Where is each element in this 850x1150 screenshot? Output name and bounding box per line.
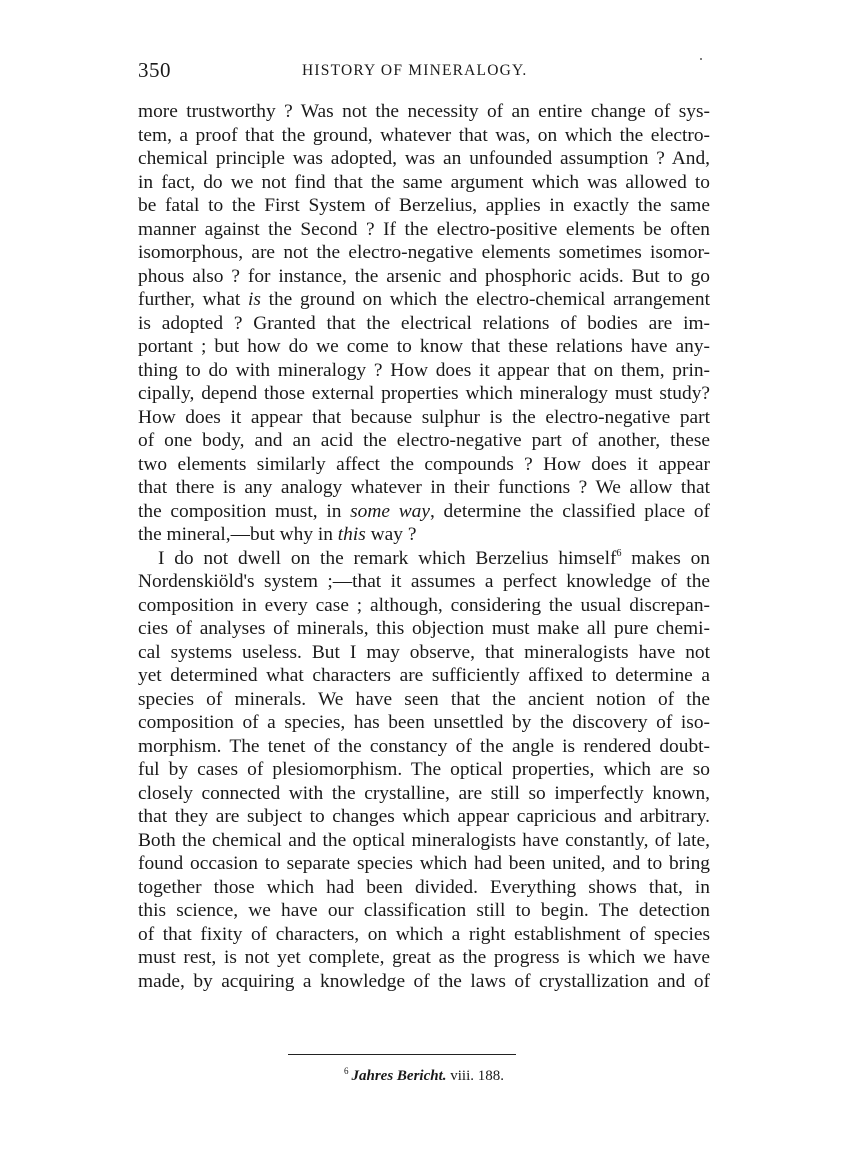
text-line: I do not dwell on the remark which Berze… (138, 547, 710, 571)
text-line: further, what is the ground on which the… (138, 288, 710, 312)
text-line: cies of analyses of minerals, this objec… (138, 617, 710, 641)
text-line: yet determined what characters are suffi… (138, 664, 710, 688)
text-line: that they are subject to changes which a… (138, 805, 710, 829)
footnote-reference-mark: 6 (617, 548, 622, 559)
text-line: cal systems useless. But I may observe, … (138, 641, 710, 665)
running-title: HISTORY OF MINERALOGY. (302, 62, 528, 80)
text-line: the mineral,—but why in this way ? (138, 523, 710, 547)
text-line: Nordenskiöld's system ;—that it assumes … (138, 570, 710, 594)
text-line: isomorphous, are not the electro-negativ… (138, 241, 710, 265)
text-line: be fatal to the First System of Berzeliu… (138, 194, 710, 218)
text-line: Both the chemical and the optical minera… (138, 829, 710, 853)
text-line: is adopted ? Granted that the electrical… (138, 312, 710, 336)
text-line: chemical principle was adopted, was an u… (138, 147, 710, 171)
footnote-rule (288, 1054, 516, 1055)
text-line: that there is any analogy whatever in th… (138, 476, 710, 500)
text-line: species of minerals. We have seen that t… (138, 688, 710, 712)
text-line: cipally, depend those external propertie… (138, 382, 710, 406)
text-line: portant ; but how do we come to know tha… (138, 335, 710, 359)
text-line: How does it appear that because sulphur … (138, 406, 710, 430)
text-line: of one body, and an acid the electro-neg… (138, 429, 710, 453)
text-line: phous also ? for instance, the arsenic a… (138, 265, 710, 289)
print-speck (700, 58, 702, 60)
text-line: together those which had been divided. E… (138, 876, 710, 900)
text-line: of that fixity of characters, on which a… (138, 923, 710, 947)
text-line: tem, a proof that the ground, whatever t… (138, 124, 710, 148)
text-line: ful by cases of plesiomorphism. The opti… (138, 758, 710, 782)
running-head: 350 HISTORY OF MINERALOGY. (138, 58, 710, 88)
italic-emphasis: this (338, 524, 366, 545)
footnote: 6Jahres Bericht. viii. 188. (138, 1066, 710, 1085)
italic-emphasis: some way (350, 501, 430, 522)
text-line: morphism. The tenet of the constancy of … (138, 735, 710, 759)
text-line: thing to do with mineralogy ? How does i… (138, 359, 710, 383)
text-line: closely connected with the crystalline, … (138, 782, 710, 806)
footnote-mark: 6 (344, 1066, 349, 1076)
text-line: manner against the Second ? If the elect… (138, 218, 710, 242)
text-line: two elements similarly affect the compou… (138, 453, 710, 477)
page-number: 350 (138, 58, 171, 83)
text-line: this science, we have our classification… (138, 899, 710, 923)
body-text: more trustworthy ? Was not the necessity… (138, 100, 710, 993)
text-line: in fact, do we not find that the same ar… (138, 171, 710, 195)
text-line: made, by acquiring a knowledge of the la… (138, 970, 710, 994)
italic-emphasis: is (248, 289, 261, 310)
text-line: must rest, is not yet complete, great as… (138, 946, 710, 970)
text-line: composition of a species, has been unset… (138, 711, 710, 735)
footnote-title: Jahres Bericht. (351, 1068, 446, 1084)
footnote-reference: viii. 188. (447, 1068, 505, 1084)
text-line: more trustworthy ? Was not the necessity… (138, 100, 710, 124)
text-line: composition in every case ; although, co… (138, 594, 710, 618)
text-line: the composition must, in some way, deter… (138, 500, 710, 524)
text-line: found occasion to separate species which… (138, 852, 710, 876)
